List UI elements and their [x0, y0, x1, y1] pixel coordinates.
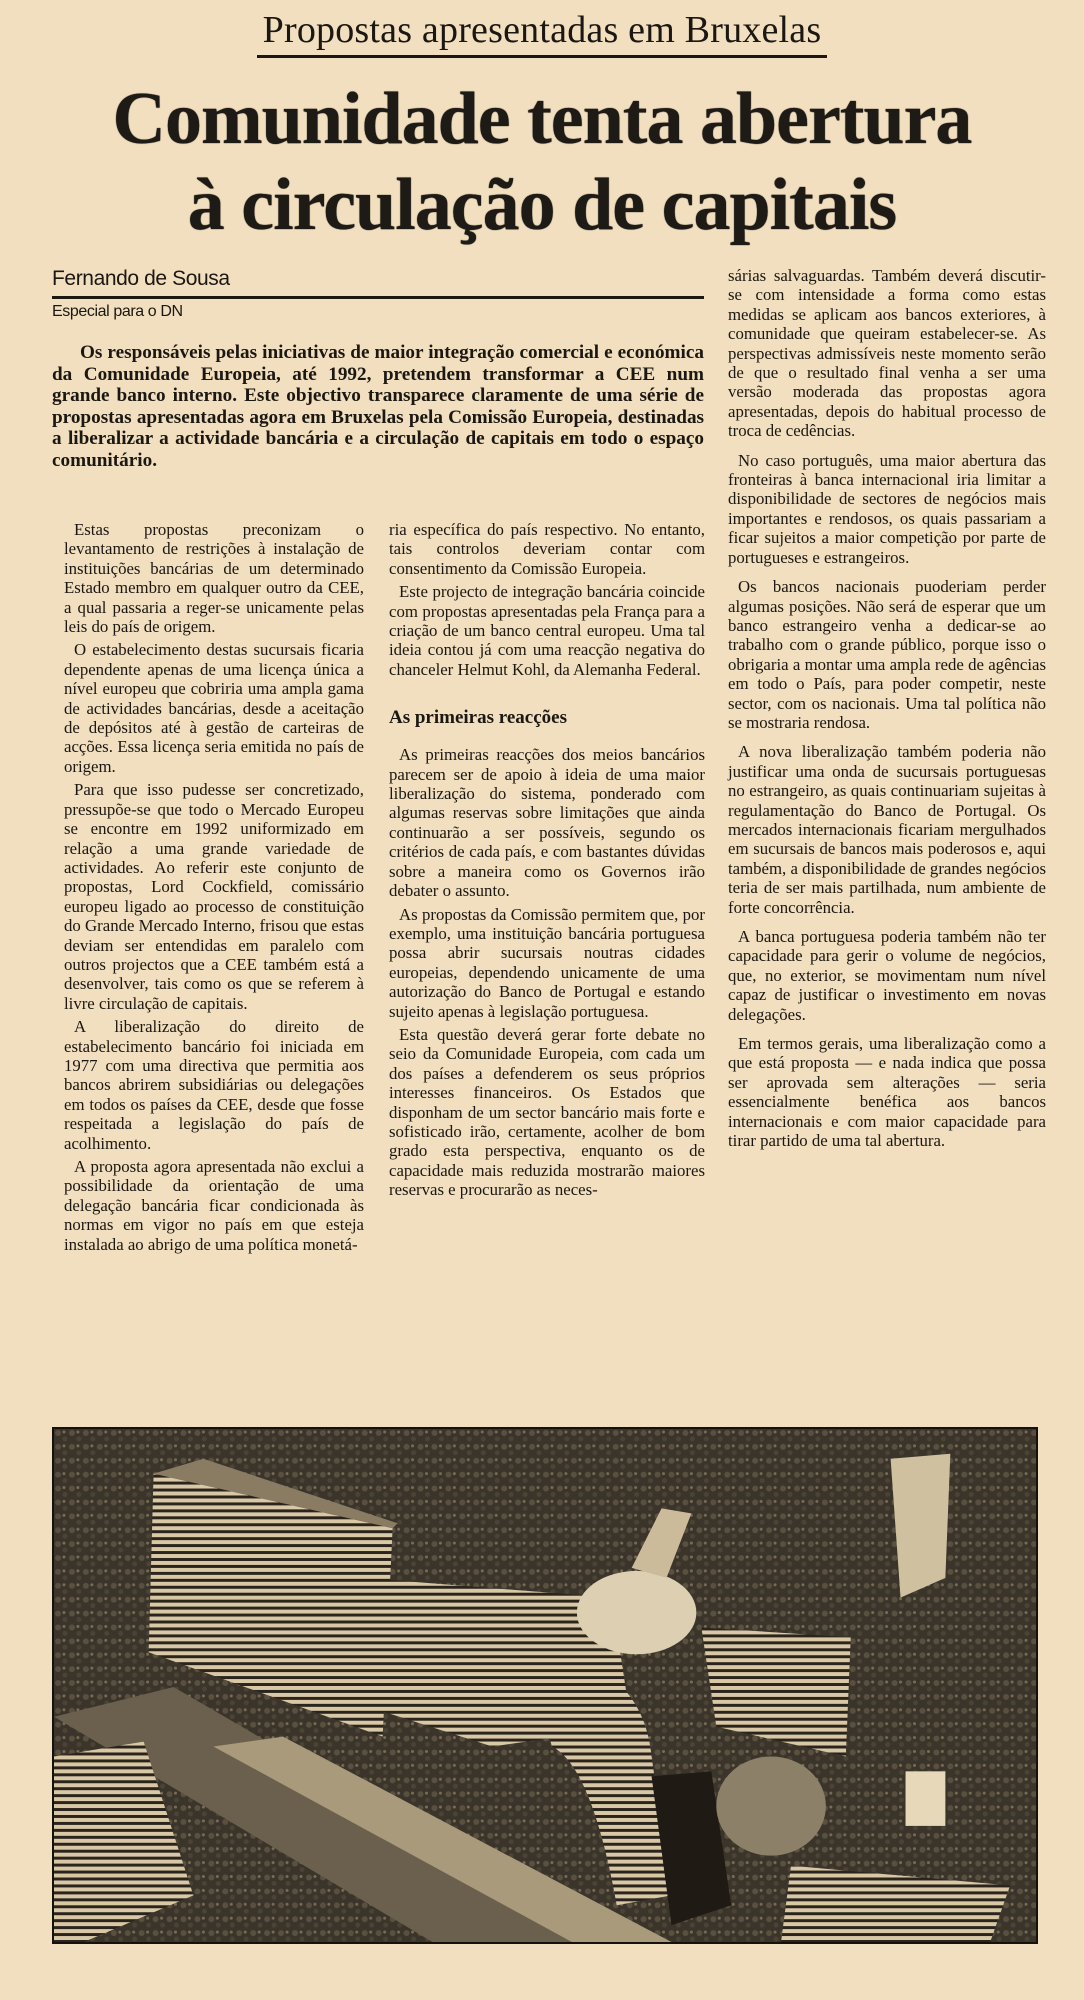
headline: Comunidade tenta abertura à circulação d…: [30, 76, 1054, 248]
column-3: sárias salvaguardas. Também deverá discu…: [728, 266, 1046, 1160]
paragraph: Este projecto de integração bancária coi…: [389, 582, 705, 679]
paragraph: As propostas da Comissão permitem que, p…: [389, 905, 705, 1021]
subheading: As primeiras reacções: [389, 707, 705, 729]
paragraph: A banca portuguesa poderia também não te…: [728, 927, 1046, 1024]
kicker: Propostas apresentadas em Bruxelas: [0, 8, 1084, 58]
headline-line-2: à circulação de capitais: [188, 164, 896, 246]
paragraph-continued: sárias salvaguardas. Também deverá discu…: [728, 266, 1046, 441]
kicker-text: Propostas apresentadas em Bruxelas: [257, 8, 828, 58]
photo-image: [54, 1429, 1036, 1942]
paragraph: Os bancos nacionais puoderiam perder alg…: [728, 577, 1046, 732]
paragraph: A proposta agora apresentada não exclui …: [64, 1157, 364, 1254]
headline-line-1: Comunidade tenta abertura: [113, 78, 972, 160]
paragraph: Esta questão deverá gerar forte debate n…: [389, 1025, 705, 1200]
lead-paragraph: Os responsáveis pelas iniciativas de mai…: [52, 342, 704, 471]
paragraph: Estas propostas preconizam o levantament…: [64, 520, 364, 636]
column-2: ria específica do país respectivo. No en…: [389, 520, 705, 1204]
paragraph: A nova liberalização também poderia não …: [728, 742, 1046, 917]
byline-credit: Especial para o DN: [52, 302, 183, 322]
byline-author: Fernando de Sousa: [52, 266, 704, 299]
paragraph: Em termos gerais, uma liberalização como…: [728, 1034, 1046, 1150]
paragraph: As primeiras reacções dos meios bancário…: [389, 745, 705, 900]
paragraph: O estabelecimento destas sucursais ficar…: [64, 640, 364, 776]
paragraph: No caso português, uma maior abertura da…: [728, 451, 1046, 567]
paragraph-continued: ria específica do país respectivo. No en…: [389, 520, 705, 578]
paragraph: A liberalização do direito de estabeleci…: [64, 1017, 364, 1153]
paragraph: Para que isso pudesse ser concretizado, …: [64, 780, 364, 1013]
column-1: Estas propostas preconizam o levantament…: [64, 520, 364, 1258]
aerial-photo: [52, 1427, 1038, 1944]
